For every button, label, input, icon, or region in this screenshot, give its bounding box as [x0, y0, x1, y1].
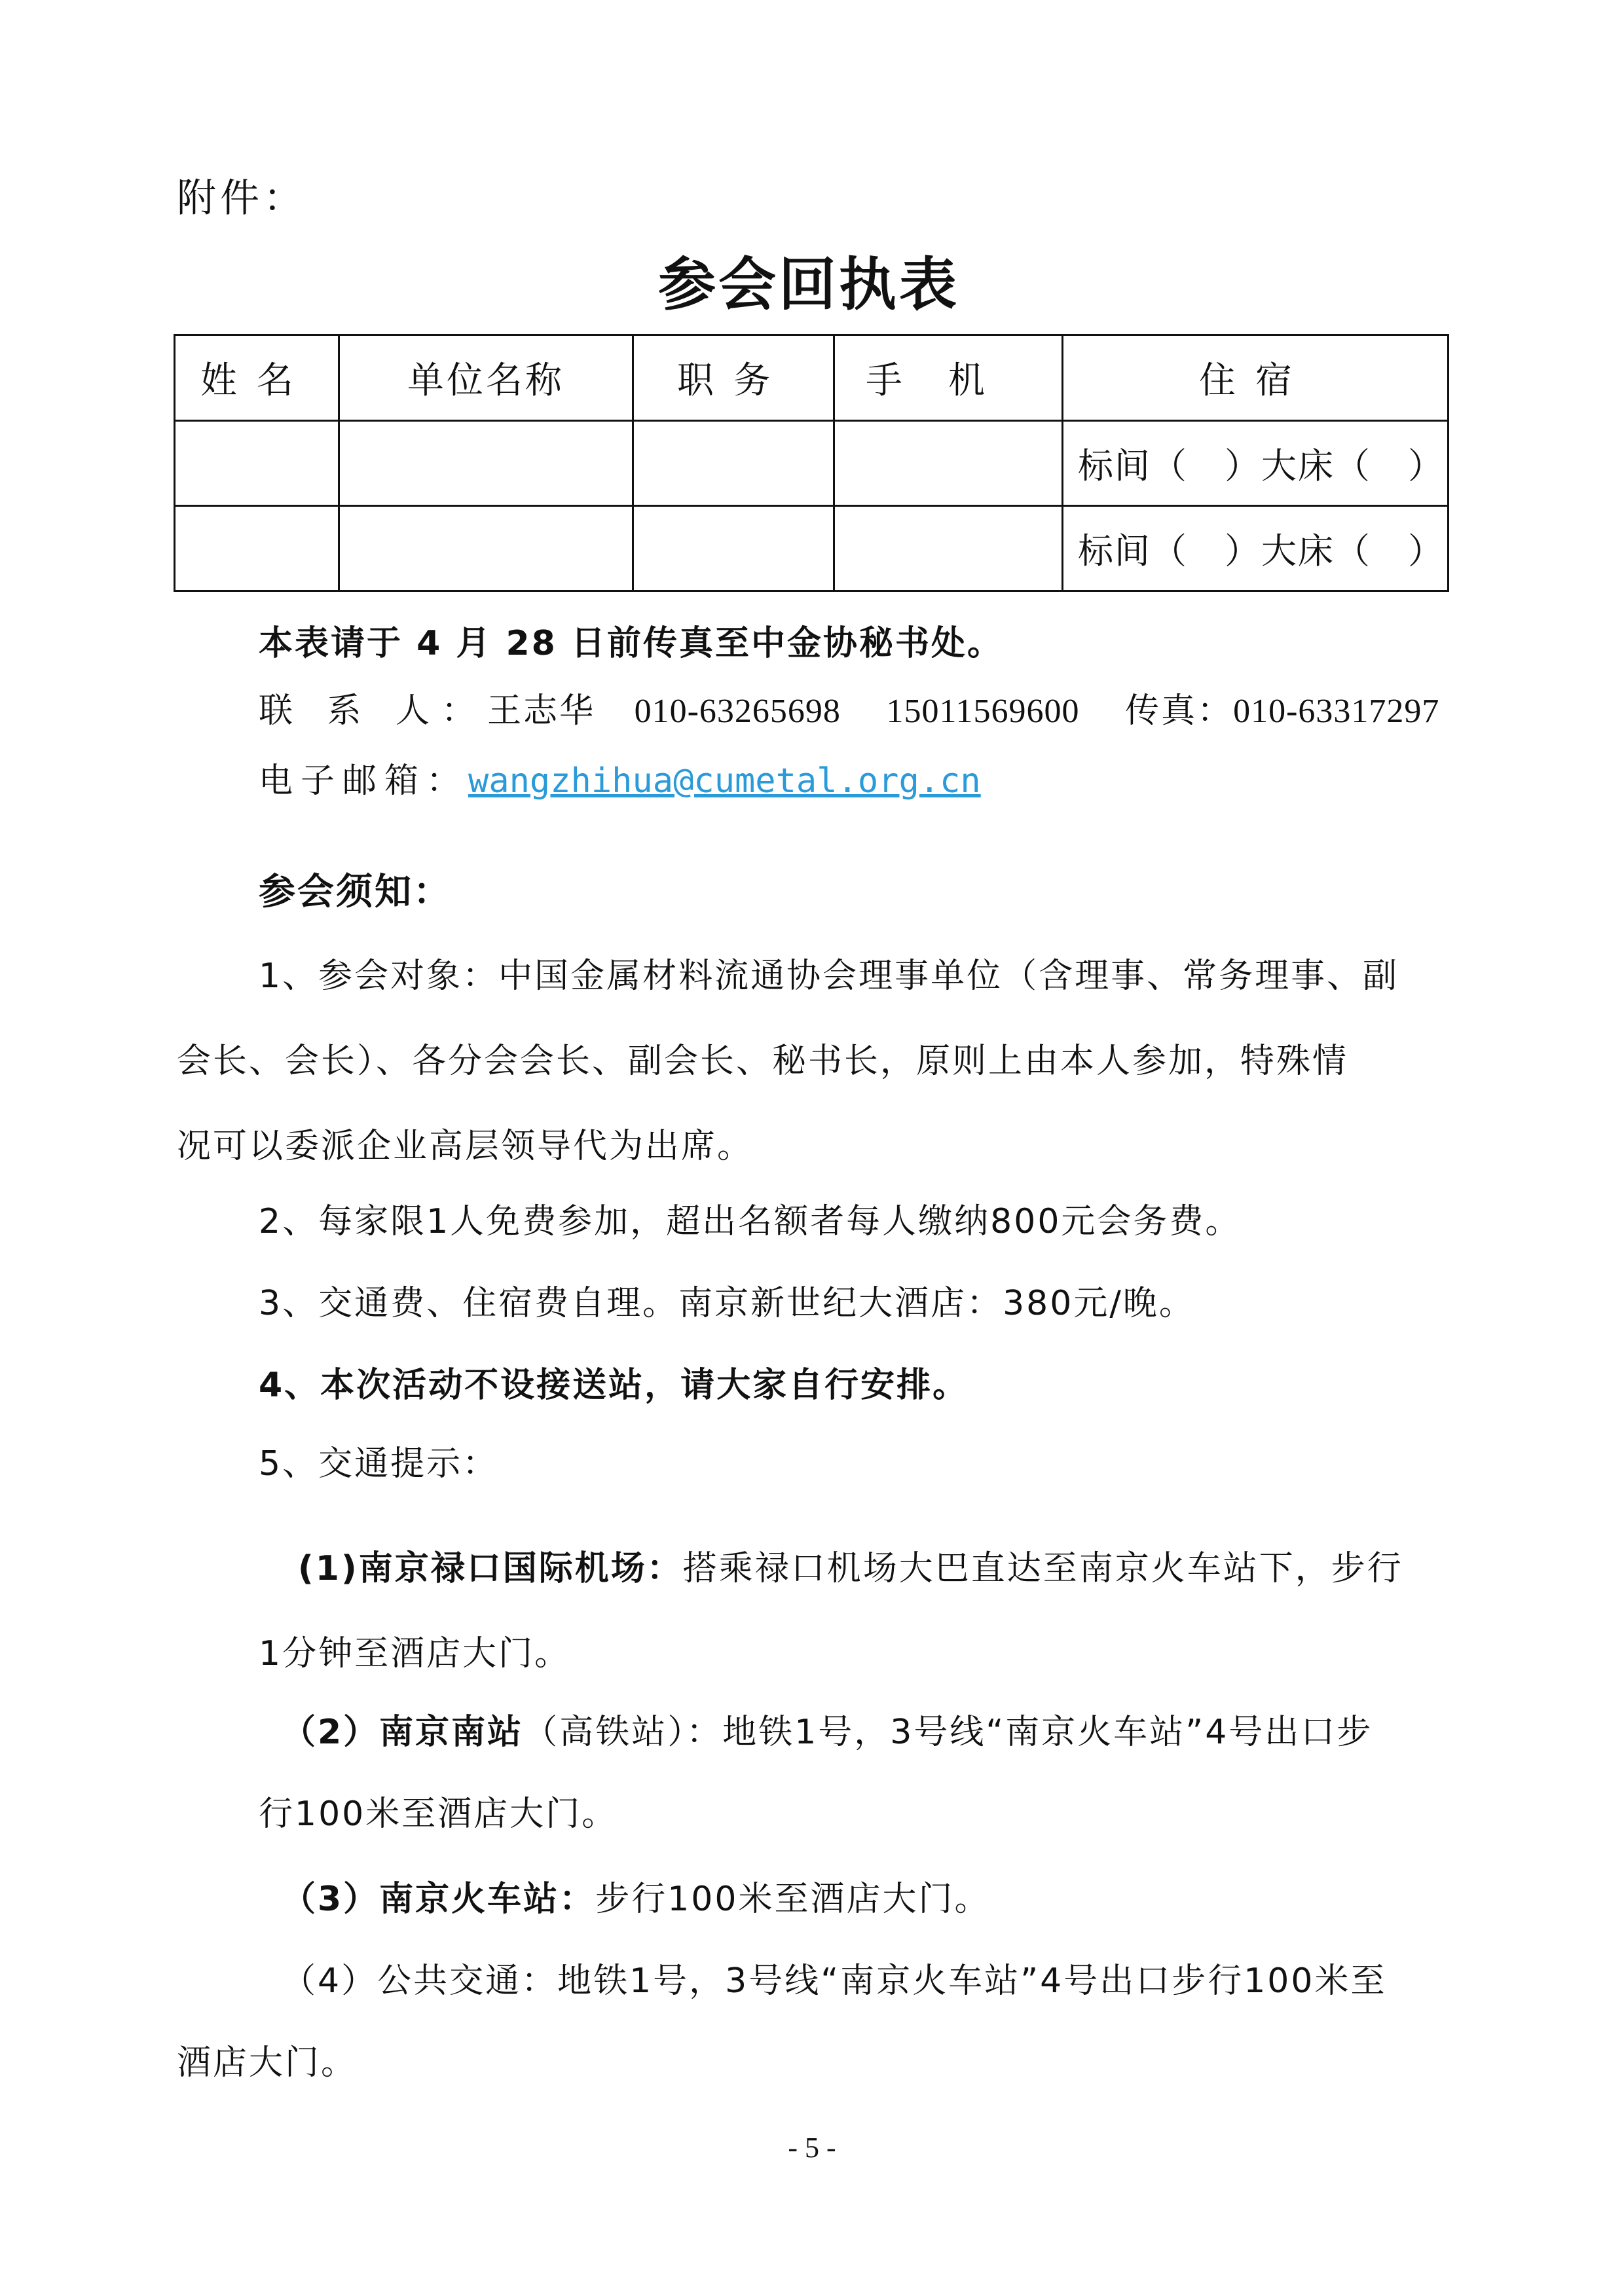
mobile-cell[interactable] — [834, 421, 1063, 506]
transport-2-label: （2）南京南站 — [282, 1713, 523, 1752]
transport-1-text: 搭乘禄口机场大巴直达至南京火车站下，步行 — [683, 1549, 1403, 1588]
email-label: 电子邮箱： — [259, 761, 468, 801]
lodging-cell[interactable]: 标间（ ）大床（ ） — [1063, 506, 1449, 591]
notice-item-2: 2、每家限1人免费参加，超出名额者每人缴纳800元会务费。 — [259, 1194, 1241, 1243]
page-title: 参会回执表 — [0, 239, 1617, 321]
reply-form-table: 姓名 单位名称 职务 手机 住宿 标间（ ）大床（ ） 标间（ ）大床（ ） — [174, 334, 1449, 592]
annex-label: 附件： — [177, 167, 306, 223]
lodging-cell[interactable]: 标间（ ）大床（ ） — [1063, 421, 1449, 506]
contact-name: 王志华 — [487, 691, 595, 731]
notice-heading: 参会须知： — [259, 863, 452, 915]
transport-2: （2）南京南站（高铁站）：地铁1号，3号线“南京火车站”4号出口步 — [282, 1704, 1373, 1753]
table-header-row: 姓名 单位名称 职务 手机 住宿 — [175, 335, 1449, 421]
header-position: 职务 — [633, 335, 834, 421]
transport-1-label: (1)南京禄口国际机场： — [298, 1549, 683, 1588]
transport-3: （3）南京火车站：步行100米至酒店大门。 — [282, 1871, 990, 1920]
transport-2-cont: 行100米至酒店大门。 — [259, 1786, 618, 1835]
transport-1-cont: 1分钟至酒店大门。 — [259, 1626, 570, 1675]
contact-mobile: 15011569600 — [886, 693, 1079, 730]
notice-item-1-line-1: 1、参会对象：中国金属材料流通协会理事单位（含理事、常务理事、副 — [259, 948, 1399, 997]
position-cell[interactable] — [633, 506, 834, 591]
contact-line: 联 系 人：王志华 010-63265698 15011569600 传真：01… — [259, 683, 1439, 732]
header-company: 单位名称 — [339, 335, 633, 421]
email-line: 电子邮箱：wangzhihua@cumetal.org.cn — [259, 753, 981, 802]
header-lodging: 住宿 — [1063, 335, 1449, 421]
notice-item-5: 5、交通提示： — [259, 1436, 498, 1485]
contact-phone: 010-63265698 — [635, 693, 841, 730]
name-cell[interactable] — [175, 506, 339, 591]
transport-2-text: （高铁站）：地铁1号，3号线“南京火车站”4号出口步 — [523, 1713, 1373, 1752]
company-cell[interactable] — [339, 421, 633, 506]
transport-3-text: 步行100米至酒店大门。 — [595, 1880, 990, 1919]
name-cell[interactable] — [175, 421, 339, 506]
table-row: 标间（ ）大床（ ） — [175, 506, 1449, 591]
mobile-cell[interactable] — [834, 506, 1063, 591]
transport-4-cont: 酒店大门。 — [177, 2035, 357, 2084]
header-name: 姓名 — [175, 335, 339, 421]
contact-label: 联 系 人： — [259, 691, 487, 731]
notice-item-3: 3、交通费、住宿费自理。南京新世纪大酒店：380元/晚。 — [259, 1275, 1195, 1324]
header-mobile: 手机 — [834, 335, 1063, 421]
transport-1: (1)南京禄口国际机场：搭乘禄口机场大巴直达至南京火车站下，步行 — [298, 1540, 1403, 1590]
notice-item-1-line-2: 会长、会长）、各分会会长、副会长、秘书长，原则上由本人参加，特殊情 — [177, 1033, 1348, 1082]
page-number: - 5 - — [0, 2131, 1624, 2164]
notice-item-4: 4、本次活动不设接送站，请大家自行安排。 — [259, 1357, 969, 1406]
position-cell[interactable] — [633, 421, 834, 506]
company-cell[interactable] — [339, 506, 633, 591]
fax-number: 010-63317297 — [1233, 693, 1439, 730]
fax-notice: 本表请于 4 月 28 日前传真至中金协秘书处。 — [259, 615, 1003, 665]
notice-item-1-line-3: 况可以委派企业高层领导代为出席。 — [177, 1118, 753, 1167]
email-link[interactable]: wangzhihua@cumetal.org.cn — [468, 761, 981, 801]
transport-3-label: （3）南京火车站： — [282, 1880, 595, 1919]
fax-label: 传真： — [1125, 691, 1233, 731]
table-row: 标间（ ）大床（ ） — [175, 421, 1449, 506]
transport-4: （4）公共交通：地铁1号，3号线“南京火车站”4号出口步行100米至 — [282, 1953, 1386, 2002]
